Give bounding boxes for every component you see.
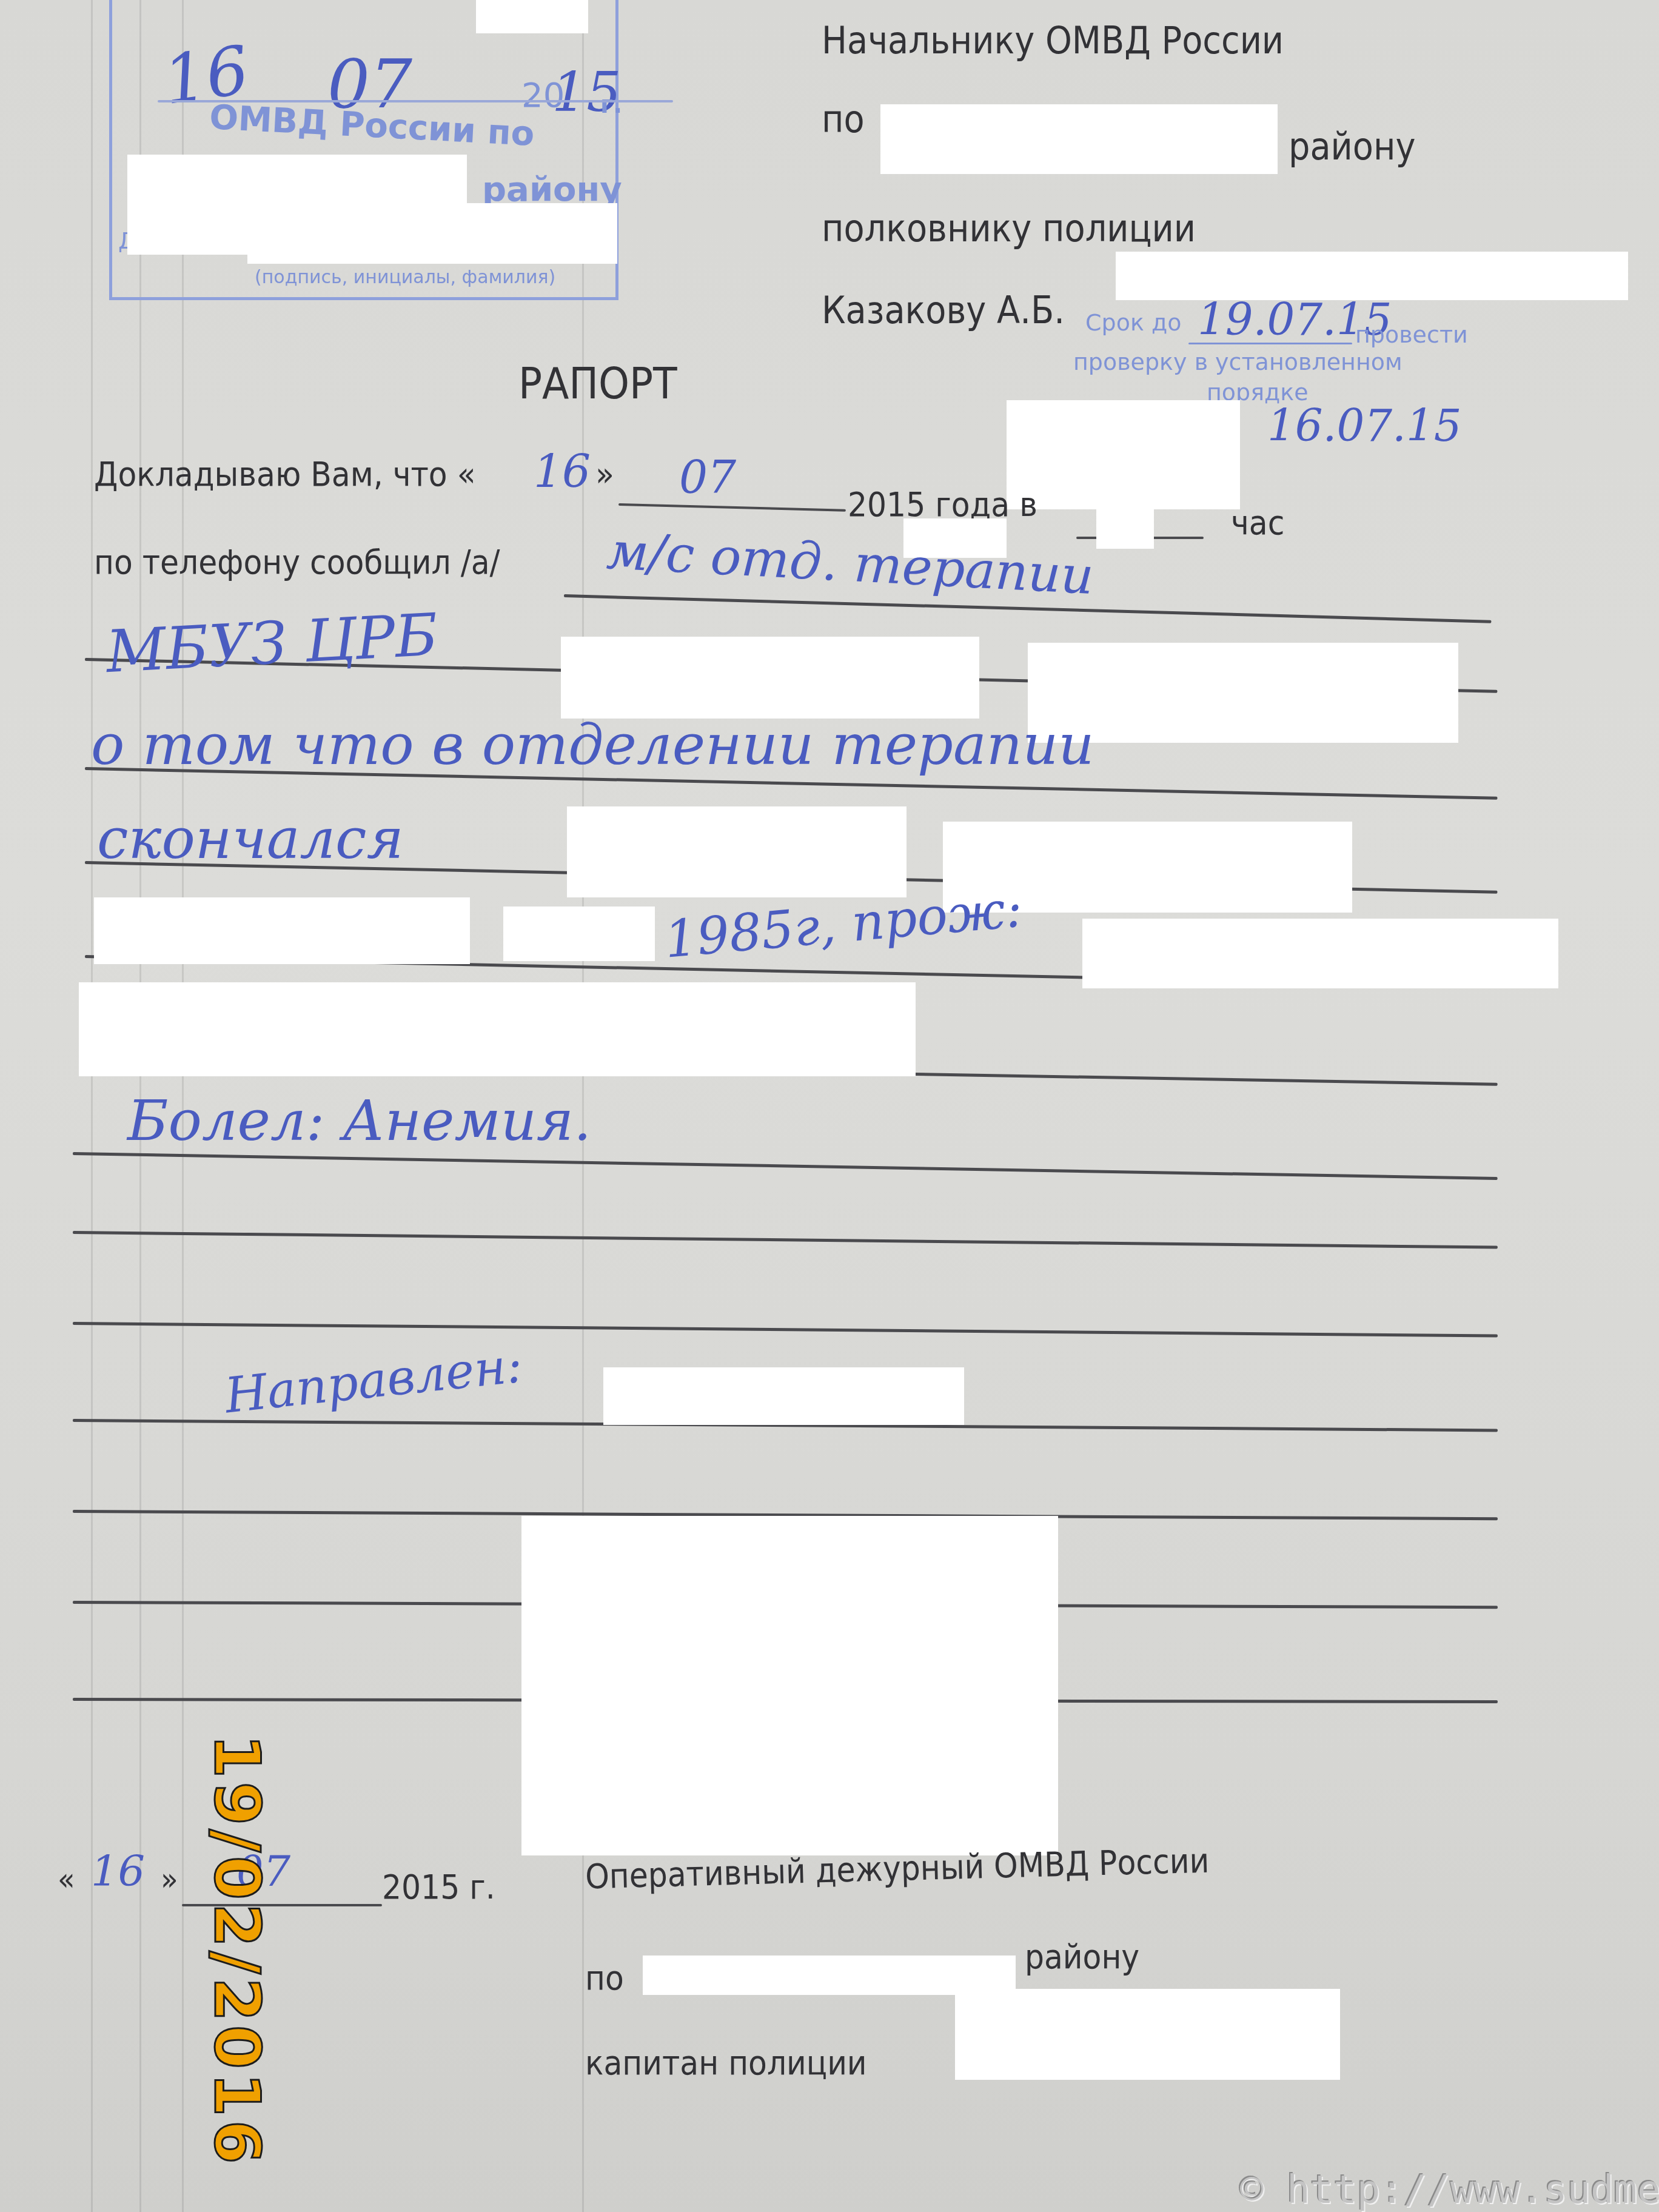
addressee-line4: Казакову А.Б. (822, 288, 1065, 332)
addressee-line2-prefix: по (822, 97, 865, 141)
handwritten-line-7: Болел: Анемия. (127, 1088, 591, 1153)
handwritten-line-3: о том что в отделении терапии (91, 712, 1094, 777)
redaction (1116, 252, 1628, 300)
signer-line2-suffix: району (1025, 1937, 1139, 1977)
redaction (79, 982, 916, 1076)
redaction (880, 104, 1278, 174)
directed-label: Направлен: (222, 1337, 525, 1424)
redaction (1096, 509, 1154, 549)
redaction (521, 1516, 1058, 1855)
report-month-rule (618, 503, 846, 512)
resolution-line2: проверку в установленном (1073, 349, 1403, 375)
page-title: РАПОРТ (518, 358, 677, 409)
handwritten-line-4: скончался (97, 806, 404, 871)
site-watermark: © http://www.sudmed.ru (1240, 2168, 1659, 2212)
redaction (561, 637, 979, 719)
redaction (476, 0, 588, 33)
form-line (73, 1322, 1498, 1338)
redaction (603, 1367, 964, 1425)
resolution-signed-date: 16.07.15 (1267, 400, 1462, 451)
report-hour-label: час (1231, 503, 1284, 543)
form-line (73, 1152, 1498, 1180)
report-close-quote: » (595, 455, 614, 494)
report-day: 16 (534, 446, 591, 498)
form-line (73, 1231, 1498, 1249)
addressee-line2-suffix: району (1289, 124, 1415, 169)
redaction (503, 907, 655, 961)
redaction (567, 806, 907, 897)
redaction (247, 203, 617, 264)
resolution-prefix: Срок до (1085, 309, 1181, 336)
footer-close-quote: » (161, 1862, 178, 1898)
addressee-line3: полковнику полиции (822, 206, 1196, 250)
handwritten-line-1: м/с отд. терапии (605, 521, 1095, 606)
redaction (1082, 919, 1558, 988)
report-month: 07 (679, 452, 736, 504)
footer-year: 2015 г. (382, 1868, 495, 1907)
resolution-deadline-rule (1188, 343, 1352, 344)
resolution-suffix: провести (1355, 321, 1468, 348)
footer-open-quote: « (58, 1862, 75, 1898)
report-intro-label: Докладываю Вам, что « (94, 455, 475, 494)
footer-day: 16 (91, 1846, 145, 1896)
signer-line2-prefix: по (585, 1959, 624, 1998)
redaction (955, 1989, 1340, 2080)
handwritten-line-2: МБУЗ ЦРБ (104, 601, 440, 686)
stamp-sign-caption: (подпись, инициалы, фамилия) (255, 267, 555, 288)
addressee-line1: Начальнику ОМВД России (822, 18, 1284, 62)
camera-date-overlay: 19/02/2016 (200, 1734, 274, 2168)
stamp-year-mark: г. (600, 91, 622, 119)
redaction (94, 897, 470, 964)
signer-line3: капитан полиции (585, 2043, 867, 2083)
redaction (1007, 400, 1240, 509)
report-phone-label: по телефону сообщил /а/ (94, 543, 500, 582)
